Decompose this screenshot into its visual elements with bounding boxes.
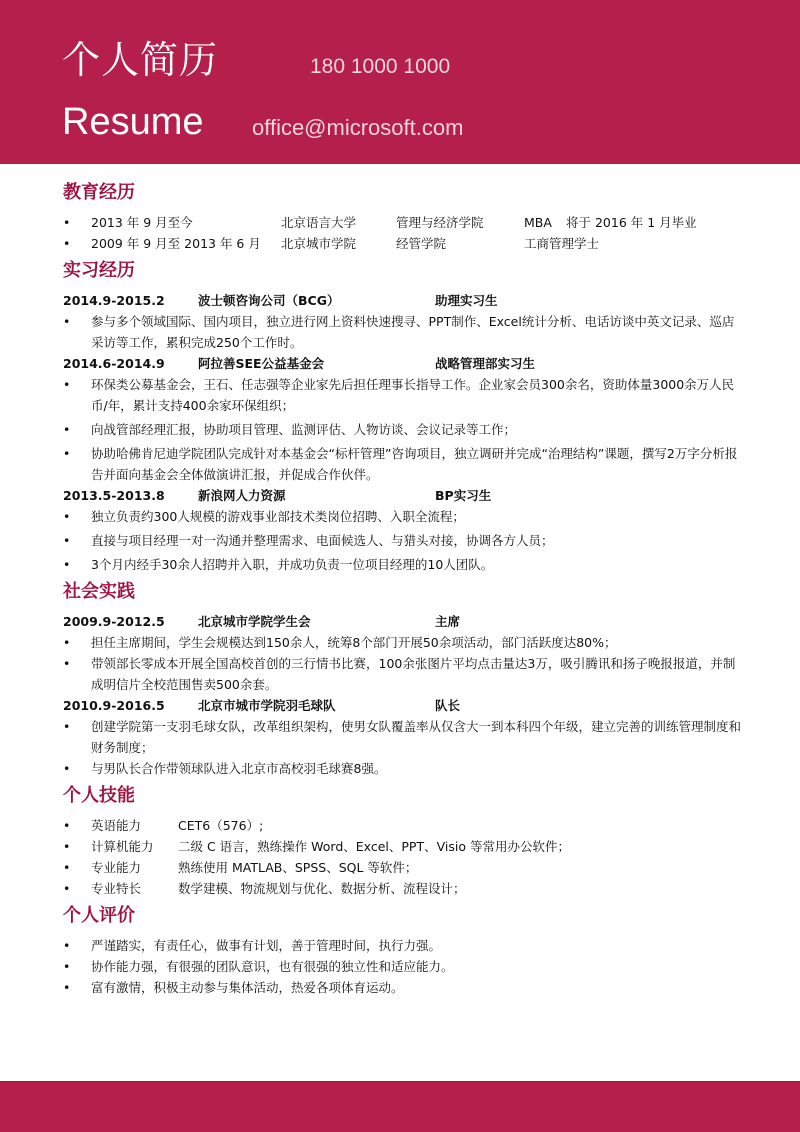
bullet-icon: • <box>63 956 70 977</box>
edu-school: 北京语言大学 <box>281 212 396 233</box>
skill-label: 专业能力 <box>91 857 178 878</box>
entry-role: 队长 <box>435 695 460 716</box>
entry-header: 2014.6-2014.9阿拉善SEE公益基金会战略管理部实习生 <box>63 353 743 374</box>
bullet-icon: • <box>63 443 70 464</box>
list-item: •参与多个领域国际、国内项目，独立进行网上资料快速搜寻、PPT制作、Excel统… <box>63 311 743 353</box>
list-item: •与男队长合作带领球队进入北京市高校羽毛球赛8强。 <box>63 758 743 779</box>
list-item: •担任主席期间，学生会规模达到150余人，统筹8个部门开展50余项活动，部门活跃… <box>63 632 743 653</box>
bullet-text: 协助哈佛肯尼迪学院团队完成针对本基金会“标杆管理”咨询项目，独立调研并完成“治理… <box>91 446 737 482</box>
bullet-icon: • <box>63 836 70 857</box>
skill-row: •专业能力熟练使用 MATLAB、SPSS、SQL 等软件； <box>63 857 743 878</box>
skill-value: 二级 C 语言，熟练操作 Word、Excel、PPT、Visio 等常用办公软… <box>178 839 570 854</box>
edu-degree: 工商管理学士 <box>524 233 599 254</box>
footer-band <box>0 1081 800 1132</box>
edu-college: 管理与经济学院 <box>396 212 524 233</box>
list-item: •带领部长零成本开展全国高校首创的三行情书比赛，100余张图片平均点击量达3万，… <box>63 653 743 695</box>
bullet-icon: • <box>63 878 70 899</box>
edu-date: 2009 年 9 月至 2013 年 6 月 <box>91 233 281 254</box>
bullet-text: 协作能力强，有很强的团队意识，也有很强的独立性和适应能力。 <box>91 959 454 974</box>
bullet-text: 直接与项目经理一对一沟通并整理需求、电面候选人、与猎头对接，协调各方人员； <box>91 533 554 548</box>
bullet-icon: • <box>63 632 70 653</box>
bullet-icon: • <box>63 233 70 254</box>
list-item: •独立负责约300人规模的游戏事业部技术类岗位招聘、入职全流程； <box>63 506 743 527</box>
skill-row: •计算机能力二级 C 语言，熟练操作 Word、Excel、PPT、Visio … <box>63 836 743 857</box>
bullet-text: 环保类公募基金会，王石、任志强等企业家先后担任理事长指导工作。企业家会员300余… <box>91 377 734 413</box>
entry-org: 波士顿咨询公司（BCG） <box>198 290 435 311</box>
entry-header: 2010.9-2016.5北京市城市学院羽毛球队队长 <box>63 695 743 716</box>
list-item: •协作能力强，有很强的团队意识，也有很强的独立性和适应能力。 <box>63 956 743 977</box>
entry-period: 2014.9-2015.2 <box>63 290 198 311</box>
bullet-icon: • <box>63 935 70 956</box>
entry-role: 助理实习生 <box>435 290 498 311</box>
bullet-icon: • <box>63 212 70 233</box>
bullet-text: 严谨踏实，有责任心，做事有计划，善于管理时间，执行力强。 <box>91 938 441 953</box>
bullet-icon: • <box>63 530 70 551</box>
header-band: 个人简历 Resume 180 1000 1000 office@microso… <box>0 0 800 164</box>
resume-body: 教育经历 • 2013 年 9 月至今北京语言大学管理与经济学院MBA将于 20… <box>63 180 743 998</box>
list-item: •环保类公募基金会，王石、任志强等企业家先后担任理事长指导工作。企业家会员300… <box>63 374 743 416</box>
entry-role: 战略管理部实习生 <box>435 353 535 374</box>
entry-org: 新浪网人力资源 <box>198 485 435 506</box>
skill-value: 熟练使用 MATLAB、SPSS、SQL 等软件； <box>178 860 417 875</box>
edu-school: 北京城市学院 <box>281 233 396 254</box>
bullet-text: 向战管部经理汇报，协助项目管理、监测评估、人物访谈、会议记录等工作； <box>91 422 516 437</box>
section-title-skills: 个人技能 <box>63 783 743 809</box>
list-item: •3个月内经手30余人招聘并入职，并成功负责一位项目经理的10人团队。 <box>63 554 743 575</box>
entry-org: 北京市城市学院羽毛球队 <box>198 695 435 716</box>
title-english: Resume <box>62 98 204 146</box>
section-title-internship: 实习经历 <box>63 258 743 284</box>
bullet-text: 与男队长合作带领球队进入北京市高校羽毛球赛8强。 <box>91 761 386 776</box>
entry-role: BP实习生 <box>435 485 491 506</box>
bullet-text: 参与多个领域国际、国内项目，独立进行网上资料快速搜寻、PPT制作、Excel统计… <box>91 314 734 350</box>
skill-label: 英语能力 <box>91 815 178 836</box>
skill-value: CET6（576）; <box>178 818 263 833</box>
phone-number: 180 1000 1000 <box>310 54 450 80</box>
entry-role: 主席 <box>435 611 460 632</box>
bullet-text: 独立负责约300人规模的游戏事业部技术类岗位招聘、入职全流程； <box>91 509 465 524</box>
bullet-text: 创建学院第一支羽毛球女队，改革组织架构，使男女队覆盖率从仅含大一到本科四个年级，… <box>91 719 741 755</box>
edu-date: 2013 年 9 月至今 <box>91 212 281 233</box>
entry-header: 2013.5-2013.8新浪网人力资源BP实习生 <box>63 485 743 506</box>
entry-header: 2014.9-2015.2波士顿咨询公司（BCG）助理实习生 <box>63 290 743 311</box>
edu-degree: MBA <box>524 212 566 233</box>
education-row: • 2009 年 9 月至 2013 年 6 月北京城市学院经管学院工商管理学士 <box>63 233 743 254</box>
bullet-text: 担任主席期间，学生会规模达到150余人，统筹8个部门开展50余项活动，部门活跃度… <box>91 635 617 650</box>
bullet-icon: • <box>63 653 70 674</box>
section-title-evaluation: 个人评价 <box>63 903 743 929</box>
bullet-icon: • <box>63 374 70 395</box>
list-item: •富有激情，积极主动参与集体活动，热爱各项体育运动。 <box>63 977 743 998</box>
list-item: •向战管部经理汇报，协助项目管理、监测评估、人物访谈、会议记录等工作； <box>63 419 743 440</box>
entry-period: 2010.9-2016.5 <box>63 695 198 716</box>
bullet-icon: • <box>63 815 70 836</box>
bullet-icon: • <box>63 716 70 737</box>
bullet-icon: • <box>63 554 70 575</box>
list-item: •严谨踏实，有责任心，做事有计划，善于管理时间，执行力强。 <box>63 935 743 956</box>
entry-header: 2009.9-2012.5北京城市学院学生会主席 <box>63 611 743 632</box>
edu-college: 经管学院 <box>396 233 524 254</box>
entry-period: 2009.9-2012.5 <box>63 611 198 632</box>
bullet-icon: • <box>63 977 70 998</box>
skill-value: 数学建模、物流规划与优化、数据分析、流程设计； <box>178 881 466 896</box>
edu-note: 将于 2016 年 1 月毕业 <box>566 212 697 233</box>
list-item: •协助哈佛肯尼迪学院团队完成针对本基金会“标杆管理”咨询项目，独立调研并完成“治… <box>63 443 743 485</box>
bullet-icon: • <box>63 758 70 779</box>
section-title-social: 社会实践 <box>63 579 743 605</box>
email-address: office@microsoft.com <box>252 114 463 142</box>
skill-row: •专业特长数学建模、物流规划与优化、数据分析、流程设计； <box>63 878 743 899</box>
bullet-text: 3个月内经手30余人招聘并入职，并成功负责一位项目经理的10人团队。 <box>91 557 493 572</box>
bullet-icon: • <box>63 857 70 878</box>
list-item: •创建学院第一支羽毛球女队，改革组织架构，使男女队覆盖率从仅含大一到本科四个年级… <box>63 716 743 758</box>
education-row: • 2013 年 9 月至今北京语言大学管理与经济学院MBA将于 2016 年 … <box>63 212 743 233</box>
skill-label: 专业特长 <box>91 878 178 899</box>
bullet-icon: • <box>63 506 70 527</box>
entry-org: 北京城市学院学生会 <box>198 611 435 632</box>
entry-period: 2014.6-2014.9 <box>63 353 198 374</box>
title-chinese: 个人简历 <box>62 36 218 84</box>
bullet-text: 带领部长零成本开展全国高校首创的三行情书比赛，100余张图片平均点击量达3万，吸… <box>91 656 735 692</box>
entry-org: 阿拉善SEE公益基金会 <box>198 353 435 374</box>
bullet-text: 富有激情，积极主动参与集体活动，热爱各项体育运动。 <box>91 980 404 995</box>
section-title-education: 教育经历 <box>63 180 743 206</box>
bullet-icon: • <box>63 419 70 440</box>
bullet-icon: • <box>63 311 70 332</box>
skill-row: •英语能力CET6（576）; <box>63 815 743 836</box>
entry-period: 2013.5-2013.8 <box>63 485 198 506</box>
skill-label: 计算机能力 <box>91 836 178 857</box>
list-item: •直接与项目经理一对一沟通并整理需求、电面候选人、与猎头对接，协调各方人员； <box>63 530 743 551</box>
